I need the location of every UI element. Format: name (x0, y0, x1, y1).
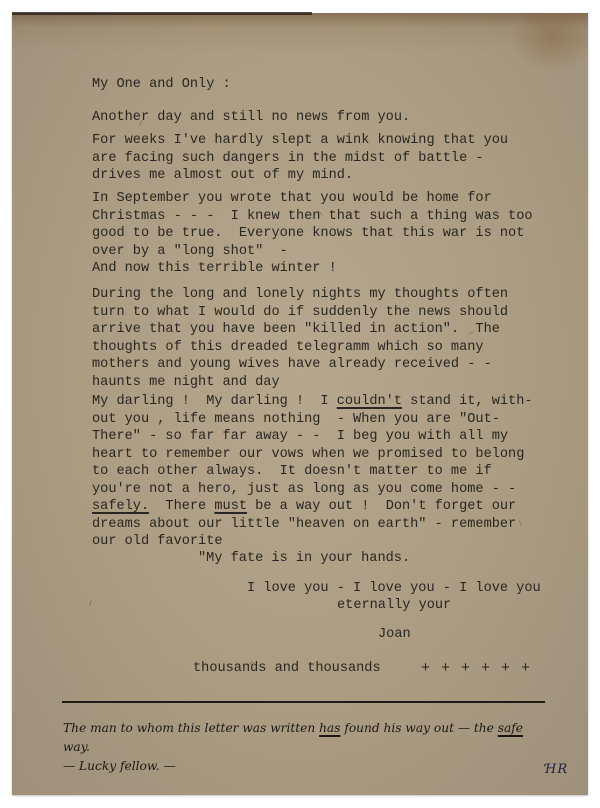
paragraph-5: My darling ! My darling ! I couldn't sta… (92, 393, 533, 551)
paragraph-4: During the long and lonely nights my tho… (92, 286, 508, 391)
letter-line: you're not a hero, just as long as you c… (92, 482, 516, 497)
letter-line: are facing such dangers in the midst of … (92, 151, 484, 166)
paragraph-3: In September you wrote that you would be… (92, 190, 533, 278)
letter-line: our old favorite (92, 534, 223, 549)
letter-line: Christmas - - - I knew then that such a … (92, 209, 533, 224)
letter-line: My darling ! My darling ! I couldn't sta… (92, 394, 533, 409)
letter-line: to each other always. It doesn't matter … (92, 464, 492, 479)
underlined-word: couldn't (337, 394, 402, 409)
letter-line: Another day and still no news from you. (92, 110, 410, 125)
note-text: found his way out — the (340, 721, 497, 735)
letter-line: drives me almost out of my mind. (92, 168, 353, 183)
letter-line: There" - so far far away - - I beg you w… (92, 429, 508, 444)
paragraph-2: For weeks I've hardly slept a wink knowi… (92, 132, 508, 185)
letter-line: And now this terrible winter ! (92, 261, 337, 276)
line-text: be a way out ! Don't forget our (247, 499, 516, 514)
letter-line: mothers and young wives have already rec… (92, 357, 492, 372)
underlined-word: safe (498, 721, 523, 735)
letter-line: safely. There must be a way out ! Don't … (92, 499, 516, 514)
handwritten-initials: ꞪR (545, 762, 568, 777)
letter-line: over by a "long shot" - (92, 244, 288, 259)
letter-line: dreams about our little "heaven on earth… (92, 517, 516, 532)
letter-line: heart to remember our vows when we promi… (92, 447, 524, 462)
footer-note-line-1: The man to whom this letter was written … (63, 719, 553, 757)
song-quote: "My fate is in your hands. (198, 550, 410, 568)
letter-line: During the long and lonely nights my tho… (92, 287, 508, 302)
letter-line: out you , life means nothing - When you … (92, 412, 500, 427)
closing-line-2: eternally your (337, 597, 451, 615)
footer-note-line-2: — Lucky fellow. — (63, 757, 553, 776)
line-text: My darling ! My darling ! I (92, 394, 337, 409)
line-text: There (149, 499, 214, 514)
postscript-text: thousands and thousands (193, 660, 381, 678)
closing-line-1: I love you - I love you - I love you (247, 580, 541, 598)
footer-note: The man to whom this letter was written … (63, 719, 553, 776)
underlined-word: safely. (92, 499, 149, 514)
note-text: The man to whom this letter was written (63, 721, 319, 735)
divider-rule (62, 701, 545, 703)
underlined-word: must (214, 499, 247, 514)
line-text: stand it, with- (402, 394, 533, 409)
paper-top-edge (12, 12, 312, 15)
letter-line: arrive that you have been "killed in act… (92, 322, 500, 337)
signature: Joan (378, 626, 411, 644)
letter-line: haunts me night and day (92, 375, 280, 390)
letter-line: For weeks I've hardly slept a wink knowi… (92, 133, 508, 148)
letter-line: thoughts of this dreaded telegramm which… (92, 340, 484, 355)
note-text: way. (63, 740, 90, 754)
kisses-crosses: + + + + + + (421, 660, 531, 678)
underlined-word: has (319, 721, 340, 735)
letter-line: good to be true. Everyone knows that thi… (92, 226, 524, 241)
letter-line: turn to what I would do if suddenly the … (92, 305, 508, 320)
letter-greeting: My One and Only : (92, 76, 231, 94)
letter-line: In September you wrote that you would be… (92, 191, 492, 206)
paragraph-1: Another day and still no news from you. (92, 109, 410, 127)
